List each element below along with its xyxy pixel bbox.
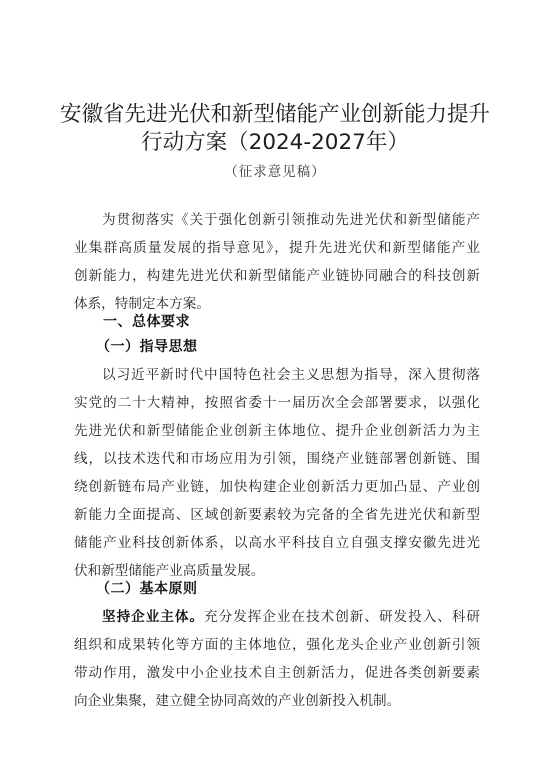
- guiding-ideology-line: 实党的二十大精神，按照省委十一届历次全会部署要求，以强化: [74, 391, 480, 411]
- intro-paragraph-line: 业集群高质量发展的指导意见》，提升先进光伏和新型储能产业: [74, 236, 480, 256]
- section-heading-general-requirements: 一、总体要求: [103, 311, 190, 331]
- guiding-ideology-line: 线，以技术迭代和市场应用为引领，围绕产业链部署创新链、围: [74, 447, 480, 467]
- document-page: 安徽省先进光伏和新型储能产业创新能力提升 行动方案（2024-2027年） （征…: [0, 0, 550, 778]
- intro-paragraph-line: 为贯彻落实《关于强化创新引领推动先进光伏和新型储能产: [102, 208, 480, 228]
- guiding-ideology-line: 新能力全面提高、区域创新要素较为完备的全省先进光伏和新型: [74, 503, 480, 523]
- guiding-ideology-line: 储能产业科技创新体系，以高水平科技自立自强支撑安徽先进光: [74, 531, 480, 551]
- principle-text: 充分发挥企业在技术创新、研发投入、科研: [204, 609, 480, 625]
- principle-line: 坚持企业主体。充分发挥企业在技术创新、研发投入、科研: [102, 605, 480, 625]
- guiding-ideology-line: 绕创新链布局产业链，加快构建企业创新活力更加凸显、产业创: [74, 475, 480, 495]
- principle-line: 向企业集聚，建立健全协同高效的产业创新投入机制。: [74, 689, 480, 709]
- guiding-ideology-line: 以习近平新时代中国特色社会主义思想为指导，深入贯彻落: [102, 363, 480, 383]
- subsection-heading-guiding-ideology: （一）指导思想: [96, 336, 198, 356]
- principle-lead: 坚持企业主体。: [102, 609, 204, 625]
- principle-line: 组织和成果转化等方面的主体地位，强化龙头企业产业创新引领: [74, 633, 480, 653]
- subsection-heading-basic-principles: （二）基本原则: [96, 578, 198, 598]
- principle-line: 带动作用，激发中小企业技术自主创新活力，促进各类创新要素: [74, 661, 480, 681]
- document-subtitle: （征求意见稿）: [60, 160, 490, 180]
- intro-paragraph-line: 体系，特制定本方案。: [74, 292, 480, 312]
- intro-paragraph-line: 创新能力，构建先进光伏和新型储能产业链协同融合的科技创新: [74, 264, 480, 284]
- document-title-line-1: 安徽省先进光伏和新型储能产业创新能力提升: [60, 97, 490, 128]
- guiding-ideology-line: 伏和新型储能产业高质量发展。: [74, 559, 480, 579]
- guiding-ideology-line: 先进光伏和新型储能企业创新主体地位、提升企业创新活力为主: [74, 419, 480, 439]
- document-title-line-2: 行动方案（2024-2027年）: [60, 125, 490, 156]
